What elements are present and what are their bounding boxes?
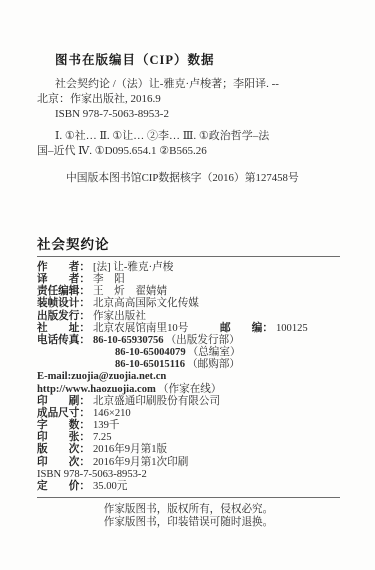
author-label: 作 者： [37,262,90,273]
cip-description-line2: 北京：作家出版社, 2016.9 [37,92,340,107]
website-url: http://www.haozuojia.com [37,384,156,395]
book-title: 社会契约论 [37,233,340,253]
word-count-value: 139千 [93,420,119,431]
word-count-label: 字 数： [37,420,90,431]
editor-value: 王 炘 翟婧婧 [93,286,167,297]
row-website: http://www.haozuojia.com（作家在线） [37,384,340,396]
row-price: 定 价：35.00元 [37,481,340,493]
phone-value-3: 86-10-65015116（邮购部） [115,359,240,370]
printer-label: 印 刷： [37,396,90,407]
cip-record: 社会契约论 /（法）让-雅克·卢梭著；李阳译. -- 北京：作家出版社, 201… [37,77,340,159]
address-label: 社 址： [37,323,90,334]
edition-label: 版 次： [37,444,90,455]
edition-value: 2016年9月第1版 [93,444,167,455]
phone-note-2: （总编室） [188,347,241,358]
size-value: 146×210 [93,408,131,419]
footer-notices: 作家版图书，版权所有，侵权必究。 作家版图书，印装错误可随时退换。 [37,497,340,530]
row-email: E-mail:zuojia@zuojia.net.cn [37,371,340,383]
title-divider [37,256,340,257]
colophon-section: 社会契约论 作 者：[法] 让-雅克·卢梭 译 者：李 阳 责任编辑：王 炘 翟… [37,233,340,493]
impression-value: 2016年9月第1次印刷 [93,457,188,468]
email-value: E-mail:zuojia@zuojia.net.cn [37,371,166,382]
row-sheets: 印 张：7.25 [37,432,340,444]
cip-registry-number: 中国版本图书馆CIP数据核字（2016）第127458号 [37,170,340,185]
copyright-notice-line1: 作家版图书，版权所有，侵权必究。 [37,503,340,517]
size-label: 成品尺寸： [37,408,90,419]
website-note: （作家在线） [158,384,222,395]
design-value: 北京高高国际文化传媒 [93,298,199,309]
printer-value: 北京盛通印刷股份有限公司 [93,396,220,407]
postcode-label: 邮 编： [220,323,273,334]
row-publisher: 出版发行：作家出版社 [37,311,340,323]
postcode-value: 100125 [276,323,308,334]
publisher-value: 作家出版社 [93,311,146,322]
row-edition: 版 次：2016年9月第1版 [37,444,340,456]
row-size: 成品尺寸：146×210 [37,408,340,420]
cip-classification-line2: 国–近代 Ⅳ. ①D095.654.1 ②B565.26 [37,144,340,159]
design-label: 装帧设计： [37,298,90,309]
phone-value-2: 86-10-65004079（总编室） [115,347,241,358]
sheets-value: 7.25 [93,432,112,443]
price-value: 35.00元 [93,481,127,492]
row-word-count: 字 数：139千 [37,420,340,432]
book-copyright-page: 图书在版编目（CIP）数据 社会契约论 /（法）让-雅克·卢梭著；李阳译. --… [0,0,375,570]
cip-section: 图书在版编目（CIP）数据 社会契约论 /（法）让-雅克·卢梭著；李阳译. --… [37,50,340,185]
publisher-label: 出版发行： [37,311,90,322]
sheets-label: 印 张： [37,432,90,443]
cip-description-line1: 社会契约论 /（法）让-雅克·卢梭著；李阳译. -- [37,77,340,92]
phone-number-1: 86-10-65930756 [93,335,164,346]
translator-label: 译 者： [37,274,90,285]
translator-value: 李 阳 [93,274,125,285]
row-printer: 印 刷：北京盛通印刷股份有限公司 [37,396,340,408]
phone-number-2: 86-10-65004079 [115,347,186,358]
phone-label: 电话传真： [37,335,90,346]
page-content: 图书在版编目（CIP）数据 社会契约论 /（法）让-雅克·卢梭著；李阳译. --… [0,50,375,530]
copyright-notices: 作家版图书，版权所有，侵权必究。 作家版图书，印装错误可随时退换。 [37,503,340,530]
isbn-value: ISBN 978-7-5063-8953-2 [37,469,147,480]
row-isbn: ISBN 978-7-5063-8953-2 [37,469,340,481]
row-design: 装帧设计：北京高高国际文化传媒 [37,298,340,310]
impression-label: 印 次： [37,457,90,468]
price-label: 定 价： [37,481,90,492]
cip-heading: 图书在版编目（CIP）数据 [37,50,340,68]
address-value: 北京农展馆南里10号 [93,323,220,335]
editor-label: 责任编辑： [37,286,90,297]
row-address: 社 址：北京农展馆南里10号邮 编：100125 [37,323,340,335]
cip-classification-line1: Ⅰ. ①社… Ⅱ. ①让… ②李… Ⅲ. ①政治哲学–法 [37,129,340,144]
author-value: [法] 让-雅克·卢梭 [93,262,173,273]
phone-note-1: （出版发行部） [166,335,240,346]
phone-note-3: （邮购部） [187,359,240,370]
copyright-notice-line2: 作家版图书，印装错误可随时退换。 [37,516,340,530]
row-phone-fax: 电话传真：86-10-65930756（出版发行部） [37,335,340,347]
phone-number-3: 86-10-65015116 [115,359,185,370]
row-author: 作 者：[法] 让-雅克·卢梭 [37,262,340,274]
row-phone-3: 86-10-65015116（邮购部） [37,359,340,371]
row-phone-2: 86-10-65004079（总编室） [37,347,340,359]
row-editor: 责任编辑：王 炘 翟婧婧 [37,286,340,298]
phone-value-1: 86-10-65930756（出版发行部） [93,335,240,346]
footer-divider [37,497,340,498]
row-impression: 印 次：2016年9月第1次印刷 [37,457,340,469]
row-translator: 译 者：李 阳 [37,274,340,286]
cip-isbn: ISBN 978-7-5063-8953-2 [37,107,340,122]
colophon-details: 作 者：[法] 让-雅克·卢梭 译 者：李 阳 责任编辑：王 炘 翟婧婧 装帧设… [37,262,340,493]
